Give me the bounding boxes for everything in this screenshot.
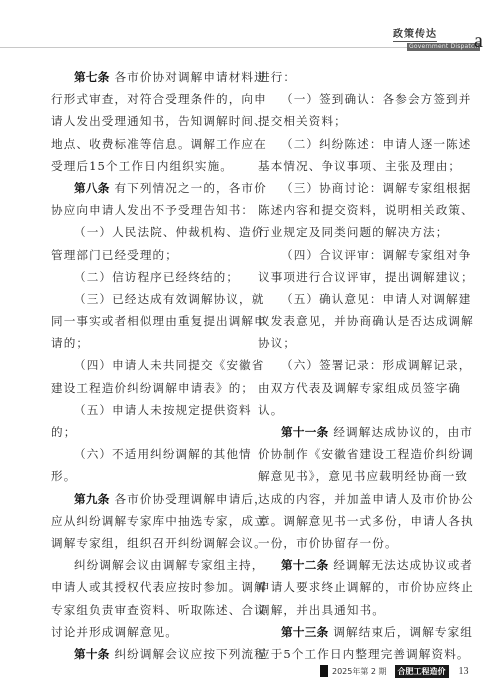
line-text: 专家组负责审查资料、听取陈述、合议 bbox=[51, 603, 267, 617]
section-letter-logo: a bbox=[474, 31, 483, 51]
text-line: 达成的内容，并加盖申请人及市价协公 bbox=[258, 488, 461, 510]
text-line: 第九条 各市价协受理调解申请后， bbox=[51, 488, 254, 510]
line-text: 的； bbox=[51, 425, 76, 439]
article-number: 第七条 bbox=[74, 70, 110, 84]
line-text: 价协制作《安徽省建设工程造价纠纷调 bbox=[258, 447, 474, 461]
line-text: 基本情况、争议事项、主张及理由； bbox=[258, 159, 461, 173]
line-text: 一份，市价协留存一份。 bbox=[258, 536, 398, 550]
text-line: 解意见书》，意见书应载明经协商一致 bbox=[258, 465, 461, 487]
text-line: 请人发出受理通知书，告知调解时间、 bbox=[51, 110, 254, 132]
text-line: 管理部门已经受理的； bbox=[51, 244, 254, 266]
line-text: 建设工程造价纠纷调解申请表》的； bbox=[51, 381, 254, 395]
article-number: 第十三条 bbox=[281, 625, 329, 639]
text-line: 请的； bbox=[51, 332, 254, 354]
footer-magazine-name: 合肥工程造价 bbox=[395, 665, 449, 678]
text-line: 协应向申请人发出不予受理告知书： bbox=[51, 199, 254, 221]
line-text: 形。 bbox=[51, 469, 76, 483]
section-title: 政策传达 bbox=[393, 29, 437, 42]
text-line: 提交相关资料； bbox=[258, 110, 461, 132]
line-text: 调解专家组，组织召开纠纷调解会议。 bbox=[51, 536, 267, 550]
text-line: 第十条 纠纷调解会议应按下列流程 bbox=[51, 643, 254, 665]
line-text: 请人发出受理通知书，告知调解时间、 bbox=[51, 114, 267, 128]
line-text: 进行： bbox=[258, 70, 296, 84]
line-text: 地点、收费标准等信息。调解工作应在 bbox=[51, 137, 267, 151]
page-number: 13 bbox=[459, 666, 469, 677]
header-rule bbox=[0, 47, 460, 48]
line-text: （六）不适用纠纷调解的其他情 bbox=[74, 447, 252, 461]
text-line: 协议； bbox=[258, 332, 461, 354]
section-subtitle: Government Dispatch bbox=[407, 43, 480, 51]
text-line: 陈述内容和提交资料，说明相关政策、 bbox=[258, 199, 461, 221]
line-text: 解意见书》，意见书应载明经协商一致 bbox=[258, 469, 468, 483]
text-line: 应从纠纷调解专家库中抽选专家，成立 bbox=[51, 510, 254, 532]
text-line: 受理后15个工作日内组织实施。 bbox=[51, 155, 254, 177]
line-text: 由双方代表及调解专家组成员签字确 bbox=[258, 381, 461, 395]
line-text: 讨论并形成调解意见。 bbox=[51, 625, 178, 639]
text-line: 第十二条 经调解无法达成协议或者 bbox=[258, 554, 461, 576]
line-text: 经调解无法达成协议或者 bbox=[329, 558, 473, 572]
text-line: 形。 bbox=[51, 465, 254, 487]
text-line: 申请人或其授权代表应按时参加。调解 bbox=[51, 576, 254, 598]
footer-issue: 2025年第 2 期 bbox=[332, 666, 387, 677]
article-number: 第十一条 bbox=[281, 425, 329, 439]
text-line: 的； bbox=[51, 421, 254, 443]
line-text: 请的； bbox=[51, 336, 89, 350]
text-line: （三）已经达成有效调解协议，就 bbox=[51, 288, 254, 310]
line-text: （四）申请人未共同提交《安徽省 bbox=[74, 358, 264, 372]
text-line: （一）人民法院、仲裁机构、造价 bbox=[51, 221, 254, 243]
text-line: 行业规定及同类问题的解决方法； bbox=[258, 221, 461, 243]
line-text: 纠纷调解会议应按下列流程 bbox=[110, 647, 267, 661]
text-line: 调解，并出具通知书。 bbox=[258, 599, 461, 621]
text-line: 章。调解意见书一式多份，申请人各执 bbox=[258, 510, 461, 532]
line-text: （一）人民法院、仲裁机构、造价 bbox=[74, 225, 264, 239]
text-line: 申请人要求终止调解的，市价协应终止 bbox=[258, 576, 461, 598]
line-text: 经调解达成协议的，由市 bbox=[329, 425, 473, 439]
text-line: 纠纷调解会议由调解专家组主持， bbox=[51, 554, 254, 576]
right-column: 进行：（一）签到确认：各参会方签到并提交相关资料；（二）纠纷陈述：申请人逐一陈述… bbox=[258, 66, 461, 665]
text-line: （五）申请人未按规定提供资料 bbox=[51, 399, 254, 421]
line-text: （四）合议评审：调解专家组对争 bbox=[281, 248, 471, 262]
text-line: 行形式审查，对符合受理条件的，向申 bbox=[51, 88, 254, 110]
line-text: （三）已经达成有效调解协议，就 bbox=[74, 292, 264, 306]
text-line: （二）信访程序已经终结的； bbox=[51, 266, 254, 288]
line-text: 达成的内容，并加盖申请人及市价协公 bbox=[258, 492, 474, 506]
line-text: 认。 bbox=[258, 403, 283, 417]
text-line: 专家组负责审查资料、听取陈述、合议 bbox=[51, 599, 254, 621]
text-line: 地点、收费标准等信息。调解工作应在 bbox=[51, 133, 254, 155]
page-footer: 2025年第 2 期 合肥工程造价 13 bbox=[320, 664, 469, 678]
line-text: 协议； bbox=[258, 336, 296, 350]
text-line: （三）协商讨论：调解专家组根据 bbox=[258, 177, 461, 199]
line-text: 应从纠纷调解专家库中抽选专家，成立 bbox=[51, 514, 267, 528]
line-text: （三）协商讨论：调解专家组根据 bbox=[281, 181, 471, 195]
text-line: （六）不适用纠纷调解的其他情 bbox=[51, 443, 254, 465]
line-text: 章。调解意见书一式多份，申请人各执 bbox=[258, 514, 474, 528]
line-text: 同一事实或者相似理由重复提出调解申 bbox=[51, 314, 267, 328]
footer-block-icon bbox=[320, 665, 328, 677]
page-header: 政策传达 Government Dispatch a bbox=[0, 0, 499, 60]
line-text: 申请人要求终止调解的，市价协应终止 bbox=[258, 580, 474, 594]
line-text: 议事项进行合议评审，提出调解建议； bbox=[258, 270, 474, 284]
line-text: 各市价协对调解申请材料进 bbox=[110, 70, 267, 84]
line-text: （五）申请人未按规定提供资料 bbox=[74, 403, 252, 417]
text-line: 第十三条 调解结束后，调解专家组 bbox=[258, 621, 461, 643]
article-number: 第十条 bbox=[74, 647, 110, 661]
text-line: 建设工程造价纠纷调解申请表》的； bbox=[51, 377, 254, 399]
text-line: 第七条 各市价协对调解申请材料进 bbox=[51, 66, 254, 88]
text-line: 第八条 有下列情况之一的，各市价 bbox=[51, 177, 254, 199]
text-line: 议发表意见，并协商确认是否达成调解 bbox=[258, 310, 461, 332]
article-number: 第九条 bbox=[74, 492, 110, 506]
line-text: （二）纠纷陈述：申请人逐一陈述 bbox=[281, 137, 471, 151]
line-text: 管理部门已经受理的； bbox=[51, 248, 178, 262]
line-text: 调解结束后，调解专家组 bbox=[329, 625, 473, 639]
line-text: 受理后15个工作日内组织实施。 bbox=[51, 159, 233, 173]
line-text: （五）确认意见：申请人对调解建 bbox=[281, 292, 471, 306]
line-text: 行业规定及同类问题的解决方法； bbox=[258, 225, 448, 239]
text-line: 同一事实或者相似理由重复提出调解申 bbox=[51, 310, 254, 332]
line-text: （二）信访程序已经终结的； bbox=[74, 270, 239, 284]
text-line: （六）签署记录：形成调解记录， bbox=[258, 354, 461, 376]
text-line: 一份，市价协留存一份。 bbox=[258, 532, 461, 554]
text-line: 基本情况、争议事项、主张及理由； bbox=[258, 155, 461, 177]
line-text: 行形式审查，对符合受理条件的，向申 bbox=[51, 92, 267, 106]
text-line: （二）纠纷陈述：申请人逐一陈述 bbox=[258, 133, 461, 155]
text-line: 应于5个工作日内整理完善调解资料。 bbox=[258, 643, 461, 665]
left-column: 第七条 各市价协对调解申请材料进行形式审查，对符合受理条件的，向申请人发出受理通… bbox=[51, 66, 254, 665]
text-line: （四）申请人未共同提交《安徽省 bbox=[51, 354, 254, 376]
line-text: 应于5个工作日内整理完善调解资料。 bbox=[258, 647, 470, 661]
line-text: 协应向申请人发出不予受理告知书： bbox=[51, 203, 254, 217]
line-text: 议发表意见，并协商确认是否达成调解 bbox=[258, 314, 474, 328]
text-line: 讨论并形成调解意见。 bbox=[51, 621, 254, 643]
line-text: 纠纷调解会议由调解专家组主持， bbox=[74, 558, 264, 572]
text-line: 第十一条 经调解达成协议的，由市 bbox=[258, 421, 461, 443]
text-line: 议事项进行合议评审，提出调解建议； bbox=[258, 266, 461, 288]
text-line: （四）合议评审：调解专家组对争 bbox=[258, 244, 461, 266]
text-line: 进行： bbox=[258, 66, 461, 88]
text-line: （一）签到确认：各参会方签到并 bbox=[258, 88, 461, 110]
line-text: 各市价协受理调解申请后， bbox=[110, 492, 267, 506]
article-number: 第十二条 bbox=[281, 558, 329, 572]
text-line: （五）确认意见：申请人对调解建 bbox=[258, 288, 461, 310]
line-text: （一）签到确认：各参会方签到并 bbox=[281, 92, 471, 106]
line-text: 申请人或其授权代表应按时参加。调解 bbox=[51, 580, 267, 594]
line-text: 提交相关资料； bbox=[258, 114, 347, 128]
text-line: 价协制作《安徽省建设工程造价纠纷调 bbox=[258, 443, 461, 465]
line-text: 调解，并出具通知书。 bbox=[258, 603, 385, 617]
text-line: 由双方代表及调解专家组成员签字确 bbox=[258, 377, 461, 399]
text-line: 调解专家组，组织召开纠纷调解会议。 bbox=[51, 532, 254, 554]
line-text: （六）签署记录：形成调解记录， bbox=[281, 358, 471, 372]
text-line: 认。 bbox=[258, 399, 461, 421]
article-number: 第八条 bbox=[74, 181, 110, 195]
line-text: 陈述内容和提交资料，说明相关政策、 bbox=[258, 203, 474, 217]
line-text: 有下列情况之一的，各市价 bbox=[110, 181, 267, 195]
